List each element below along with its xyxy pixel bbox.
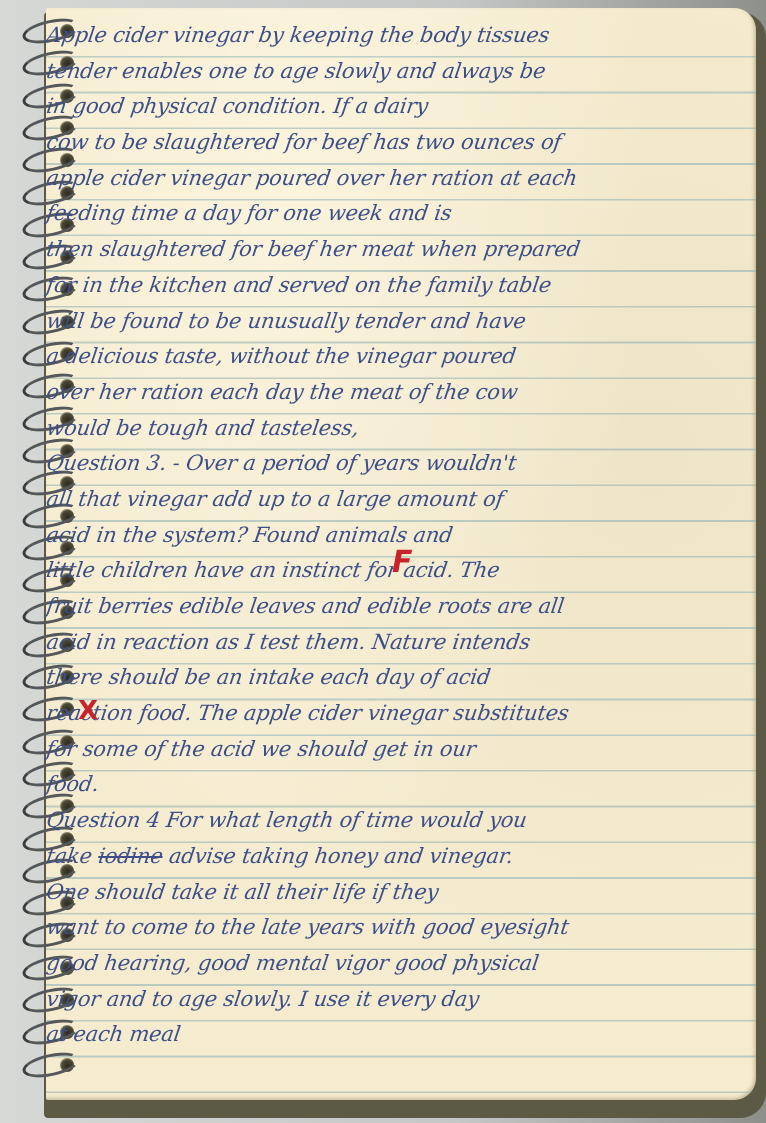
- text-line: at each meal: [44, 1017, 709, 1053]
- text-line: acid in the system? Found animals and: [44, 518, 709, 554]
- text-line-with-strikethrough: take iodine advise taking honey and vine…: [44, 839, 709, 875]
- text-line: good hearing, good mental vigor good phy…: [44, 946, 709, 982]
- text-line: acid in reaction as I test them. Nature …: [44, 625, 709, 661]
- handwritten-text: Apple cider vinegar by keeping the body …: [44, 18, 704, 1053]
- question-4-line: Question 4 For what length of time would…: [44, 803, 709, 839]
- text-line: in good physical condition. If a dairy: [44, 89, 709, 125]
- text-line: for some of the acid we should get in ou…: [44, 732, 709, 768]
- text-line: then slaughtered for beef her meat when …: [44, 232, 709, 268]
- question-3-line: Question 3. - Over a period of years wou…: [44, 446, 709, 482]
- text-line: all that vinegar add up to a large amoun…: [44, 482, 709, 518]
- text-line: reaction food. The apple cider vinegar s…: [44, 696, 709, 732]
- text-line: a delicious taste, without the vinegar p…: [44, 339, 709, 375]
- text-line: apple cider vinegar poured over her rati…: [44, 161, 709, 197]
- text-line: for in the kitchen and served on the fam…: [44, 268, 709, 304]
- red-correction-mark: F: [392, 545, 413, 580]
- text-line: there should be an intake each day of ac…: [44, 660, 709, 696]
- text-line: would be tough and tasteless,: [44, 411, 709, 447]
- struck-word: iodine: [97, 844, 165, 868]
- text-line: Apple cider vinegar by keeping the body …: [44, 18, 709, 54]
- text-line: One should take it all their life if the…: [44, 875, 709, 911]
- text-line: tender enables one to age slowly and alw…: [44, 54, 709, 90]
- red-x-mark: X: [78, 696, 98, 726]
- text-line: will be found to be unusually tender and…: [44, 304, 709, 340]
- text-line: cow to be slaughtered for beef has two o…: [44, 125, 709, 161]
- text-fragment: take: [45, 844, 100, 868]
- punch-hole: [60, 1058, 74, 1072]
- text-fragment: advise taking honey and vinegar.: [161, 844, 515, 868]
- text-line: feeding time a day for one week and is: [44, 196, 709, 232]
- text-line: fruit berries edible leaves and edible r…: [44, 589, 709, 625]
- text-line: vigor and to age slowly. I use it every …: [44, 982, 709, 1018]
- text-line: want to come to the late years with good…: [44, 910, 709, 946]
- text-line: over her ration each day the meat of the…: [44, 375, 709, 411]
- text-line: food.: [44, 767, 709, 803]
- text-line: little children have an instinct for aci…: [44, 553, 709, 589]
